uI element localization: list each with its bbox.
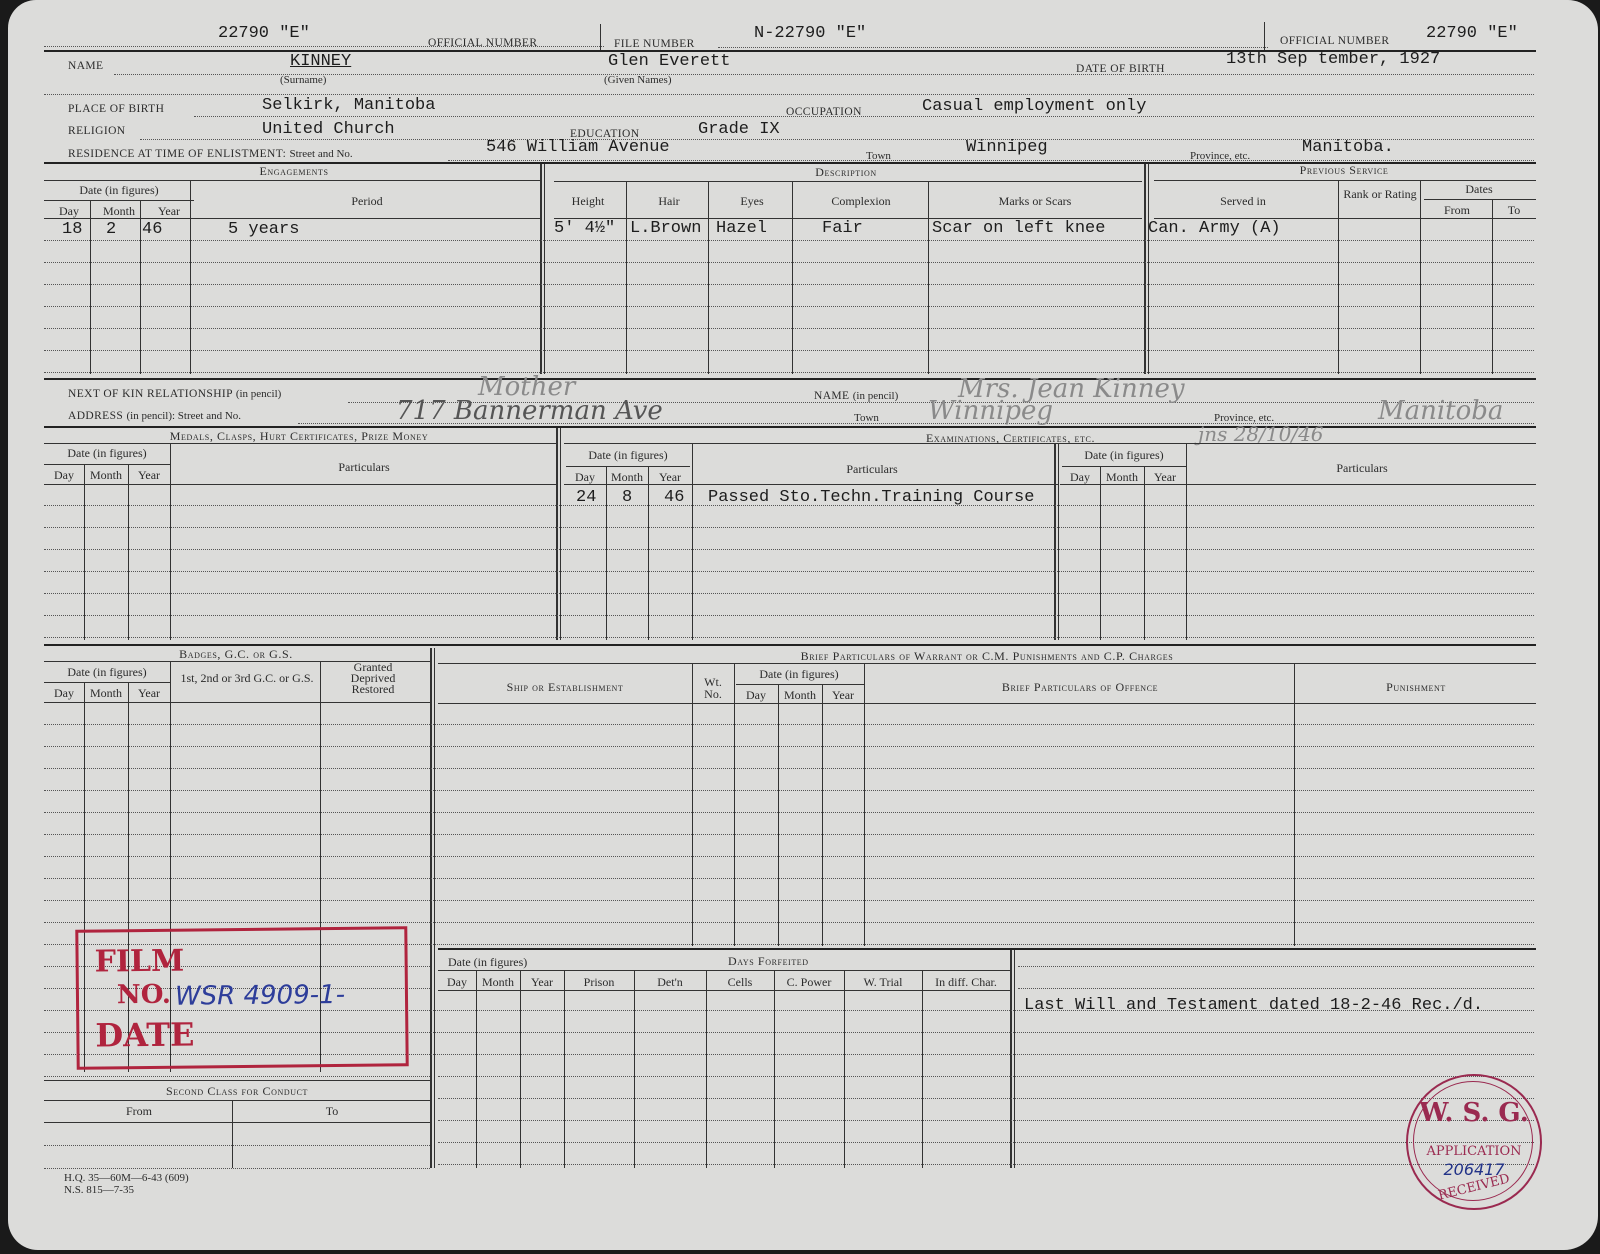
served-in-value: Can. Army (A): [1148, 219, 1281, 238]
engagement-period: 5 years: [228, 220, 299, 239]
religion-label: RELIGION: [68, 125, 126, 137]
file-number-label: FILE NUMBER: [614, 38, 695, 50]
col-marks: Marks or Scars: [928, 194, 1142, 209]
dob-label: DATE OF BIRTH: [1076, 63, 1165, 75]
residence-label: RESIDENCE AT TIME OF ENLISTMENT: Street …: [68, 148, 353, 160]
col-year: Year: [128, 686, 170, 701]
second-class-to: To: [234, 1104, 430, 1119]
col-month: Month: [778, 688, 822, 703]
residence-province: Manitoba.: [1302, 138, 1394, 157]
forfeited-title: Days Forfeited: [728, 954, 809, 969]
to-header: To: [1492, 203, 1536, 218]
place-of-birth-label: PLACE OF BIRTH: [68, 103, 164, 115]
hair-value: L.Brown: [630, 219, 701, 238]
engagement-month: 2: [106, 220, 116, 239]
from-header: From: [1422, 203, 1492, 218]
official-number-left: 22790 "E": [218, 24, 310, 43]
offence-header: Brief Particulars of Offence: [866, 680, 1294, 695]
col-month: Month: [1100, 470, 1144, 485]
col-year: Year: [822, 688, 864, 703]
col-day: Day: [44, 204, 94, 219]
complexion-value: Fair: [822, 219, 863, 238]
name-label: NAME: [68, 60, 103, 72]
nok-address-label: ADDRESS (in pencil): Street and No.: [68, 410, 241, 422]
col-day: Day: [44, 686, 84, 701]
col-complexion: Complexion: [794, 194, 928, 209]
nok-province: Manitoba: [1378, 396, 1503, 426]
surname-caption: (Surname): [280, 74, 326, 86]
punishments-title: Brief Particulars of Warrant or C.M. Pun…: [438, 649, 1536, 664]
remarks-text: Last Will and Testament dated 18-2-46 Re…: [1024, 996, 1483, 1015]
engagements-date-header: Date (in figures): [44, 183, 194, 198]
badges-date-header: Date (in figures): [44, 665, 170, 680]
ship-header: Ship or Establishment: [438, 680, 692, 695]
col-month: Month: [84, 468, 128, 483]
col-year: Year: [1144, 470, 1186, 485]
second-class-title: Second Class for Conduct: [44, 1084, 430, 1099]
col-month: Month: [94, 204, 144, 219]
occupation: Casual employment only: [922, 97, 1146, 116]
col-w-trial: W. Trial: [844, 975, 922, 990]
period-header: Period: [194, 194, 540, 209]
engagement-day: 18: [62, 220, 82, 239]
col-day: Day: [564, 470, 606, 485]
exam-particulars-header-2: Particulars: [1188, 461, 1536, 476]
badges-granted-header: Granted Deprived Restored: [338, 662, 408, 695]
nok-name-label: NAME (in pencil): [814, 390, 898, 402]
col-year: Year: [520, 975, 564, 990]
col-month: Month: [606, 470, 648, 485]
col-day: Day: [44, 468, 84, 483]
given-names-caption: (Given Names): [604, 74, 672, 86]
film-date-label: DATE: [95, 1016, 194, 1055]
second-class-from: From: [44, 1104, 234, 1119]
given-names: Glen Everett: [608, 52, 730, 71]
col-month: Month: [476, 975, 520, 990]
exam-particulars-header: Particulars: [692, 462, 1052, 477]
wsg-received-stamp: W. S. G. APPLICATION 206417 RECEIVED: [1406, 1074, 1542, 1210]
served-in-header: Served in: [1148, 194, 1338, 209]
nok-relationship-label: NEXT OF KIN RELATIONSHIP (in pencil): [68, 388, 281, 400]
col-hair: Hair: [628, 194, 710, 209]
service-record-card: 22790 "E" OFFICIAL NUMBER FILE NUMBER N-…: [8, 0, 1598, 1250]
religion: United Church: [262, 120, 395, 139]
wsg-application-label: APPLICATION: [1408, 1144, 1540, 1159]
height-value: 5' 4½": [554, 219, 615, 238]
place-of-birth: Selkirk, Manitoba: [262, 96, 435, 115]
official-number-label: OFFICIAL NUMBER: [428, 37, 537, 49]
date-of-birth: 13th Sep tember, 1927: [1226, 50, 1440, 69]
col-day: Day: [734, 688, 778, 703]
residence-street: 546 William Avenue: [486, 138, 670, 157]
col-detn: Det'n: [634, 975, 706, 990]
col-c-power: C. Power: [774, 975, 844, 990]
medals-title: Medals, Clasps, Hurt Certificates, Prize…: [44, 429, 554, 444]
col-year: Year: [144, 204, 194, 219]
col-day: Day: [438, 975, 476, 990]
col-prison: Prison: [564, 975, 634, 990]
col-month: Month: [84, 686, 128, 701]
nok-town: Winnipeg: [928, 396, 1053, 426]
form-number-line1: H.Q. 35—60M—6-43 (609): [64, 1172, 189, 1184]
residence-town: Winnipeg: [966, 138, 1048, 157]
col-eyes: Eyes: [710, 194, 794, 209]
nok-town-label: Town: [854, 412, 879, 424]
surname: KINNEY: [290, 52, 351, 71]
engagements-title: Engagements: [44, 164, 544, 179]
official-number-right: 22790 "E": [1426, 24, 1518, 43]
exam-date-header: Date (in figures): [564, 448, 692, 463]
col-day: Day: [1060, 470, 1100, 485]
punishment-header: Punishment: [1296, 680, 1536, 695]
wsg-label: W. S. G.: [1408, 1098, 1540, 1128]
col-year: Year: [648, 470, 692, 485]
film-number: WSR 4909-1-: [175, 980, 345, 1012]
col-year: Year: [128, 468, 170, 483]
punish-date-header: Date (in figures): [734, 667, 864, 682]
marks-value: Scar on left knee: [932, 219, 1105, 238]
official-number-right-label: OFFICIAL NUMBER: [1280, 35, 1389, 47]
medals-date-header: Date (in figures): [44, 446, 170, 461]
dates-header: Dates: [1422, 182, 1536, 197]
form-number-line2: N.S. 815—7-35: [64, 1184, 134, 1196]
film-label: FILM: [94, 944, 184, 980]
description-title: Description: [548, 165, 1144, 180]
rank-header: Rank or Rating: [1340, 188, 1420, 200]
medals-particulars-header: Particulars: [172, 460, 556, 475]
file-number: N-22790 "E": [754, 24, 866, 43]
exam-date-header-2: Date (in figures): [1060, 448, 1188, 463]
education: Grade IX: [698, 120, 780, 139]
col-in-diff-char: In diff. Char.: [922, 975, 1010, 990]
eyes-value: Hazel: [716, 219, 767, 238]
col-cells: Cells: [706, 975, 774, 990]
engagement-year: 46: [142, 220, 162, 239]
wt-no-header: Wt. No.: [694, 676, 732, 700]
nok-street: 717 Bannerman Ave: [396, 396, 663, 426]
col-height: Height: [548, 194, 628, 209]
forfeited-date-header: Date (in figures): [448, 955, 527, 970]
previous-service-title: Previous Service: [1152, 163, 1536, 178]
film-stamp: FILM NO. WSR 4909-1- DATE: [75, 926, 408, 1069]
film-no-label: NO.: [117, 980, 171, 1011]
badges-gc-header: 1st, 2nd or 3rd G.C. or G.S.: [178, 672, 316, 684]
